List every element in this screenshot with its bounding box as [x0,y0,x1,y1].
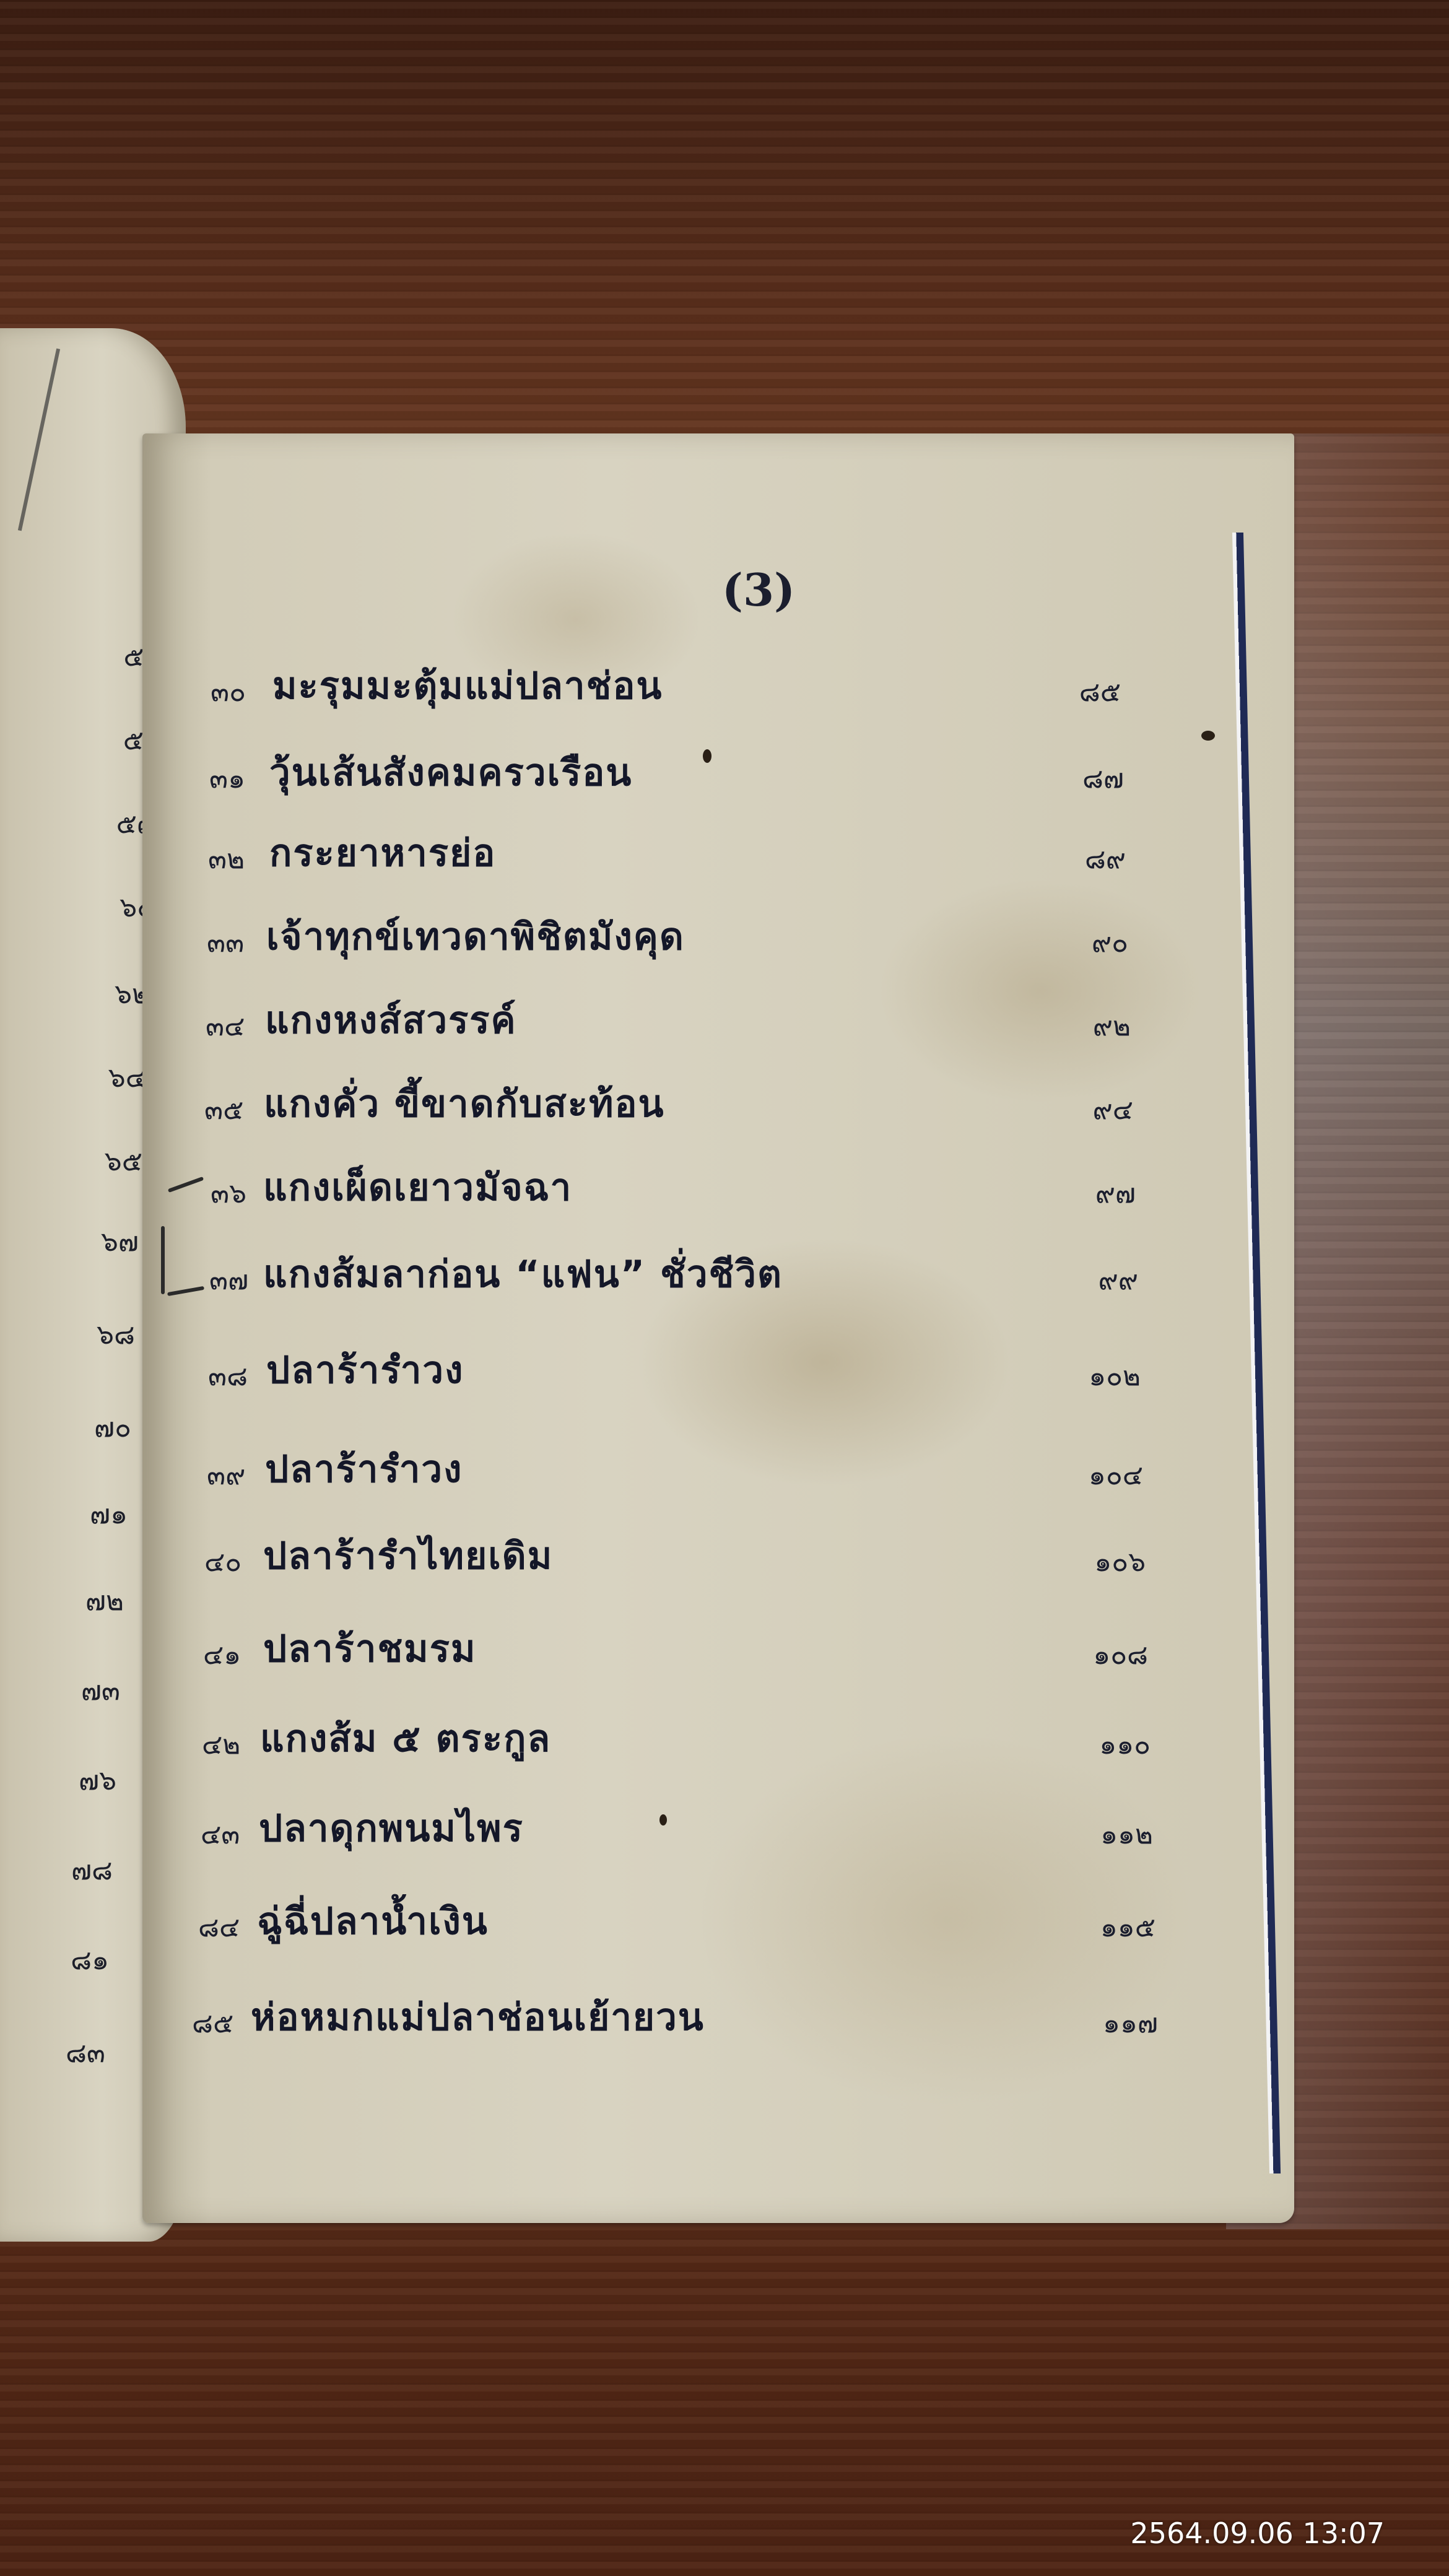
toc-entry-page: ๑๐๘ [1049,1633,1148,1676]
left-page-number: ๗๒ [85,1579,124,1622]
left-page-number: ๗๐ [94,1406,131,1449]
toc-entry-number: ๓๐ [211,670,246,713]
toc-entry-title: ห่อหมกแม่ปลาช่อนเย้ายวน [251,1988,705,2047]
pen-tick-mark [167,1286,204,1296]
toc-entry-page: ๑๐๒ [1042,1354,1141,1398]
toc-entry-title: ปลาร้ารำไทยเดิม [263,1526,553,1585]
toc-row: ๔๓ ปลาดุกพนมไพร ๑๑๒ [142,1799,1294,1855]
binding-hole [1201,731,1215,741]
pen-bracket-mark [161,1226,165,1294]
toc-row: ๓๒ กระยาหารย่อ ๘๙ [142,824,1294,879]
table-of-contents-page: (3) ๓๐ มะรุมมะตุ้มแม่ปลาช่อน ๘๕ ๓๑ วุ้นเ… [142,433,1294,2223]
toc-entry-title: ปลาร้ารำวง [265,1440,463,1499]
page-crack [18,349,60,531]
toc-entry-number: ๓๙ [207,1453,245,1497]
toc-entry-title: มะรุมมะตุ้มแม่ปลาช่อน [272,656,663,715]
left-page-number: ๖๘ [97,1313,135,1356]
toc-entry-number: ๔๑ [203,1633,241,1676]
toc-entry-page: ๘๕ [1022,670,1121,713]
toc-row: ๘๕ ห่อหมกแม่ปลาช่อนเย้ายวน ๑๑๗ [142,1988,1294,2043]
toc-entry-title: แกงหงส์สวรรค์ [265,991,517,1050]
toc-entry-number: ๓๓ [207,921,244,964]
toc-list: ๓๐ มะรุมมะตุ้มแม่ปลาช่อน ๘๕ ๓๑ วุ้นเส้นส… [142,433,1294,2223]
toc-entry-page: ๑๑๕ [1056,1905,1155,1949]
toc-entry-title: แกงเผ็ดเยาวมัจฉา [263,1158,572,1217]
toc-row: ๓๕ แกงคั่ว ขี้ขาดกับสะท้อน ๙๔ [142,1074,1294,1130]
toc-entry-number: ๓๕ [204,1088,243,1131]
toc-entry-title: แกงคั่ว ขี้ขาดกับสะท้อน [264,1074,665,1133]
left-page-number: ๗๖ [79,1759,116,1802]
toc-entry-number: ๘๕ [192,2001,233,2045]
paper-spot [659,1814,667,1825]
toc-row: ๔๑ ปลาร้าชมรม ๑๐๘ [142,1619,1294,1675]
left-page-number: ๗๓ [81,1669,120,1712]
toc-entry-number: ๘๔ [198,1905,240,1949]
toc-entry-page: ๑๐๔ [1044,1453,1143,1497]
paper-spot [703,749,711,763]
toc-entry-title: ฉู่ฉี่ปลาน้ำเงิน [257,1892,489,1951]
toc-row: ๓๔ แกงหงส์สวรรค์ ๙๒ [142,991,1294,1046]
toc-entry-title: วุ้นเส้นสังคมครวเรือน [269,743,632,802]
toc-row: ๔๒ แกงส้ม ๕ ตระกูล ๑๑๐ [142,1709,1294,1765]
left-page-number: ๖๗ [101,1220,139,1263]
toc-entry-title: ปลาร้าชมรม [263,1619,477,1678]
toc-entry-title: แกงส้ม ๕ ตระกูล [260,1709,551,1768]
toc-row: ๓๓ เจ้าทุกข์เทวดาพิชิตมังคุด ๙๐ [142,907,1294,963]
toc-entry-page: ๑๑๗ [1059,2001,1158,2045]
toc-entry-number: ๔๒ [202,1723,240,1766]
toc-entry-page: ๘๗ [1025,757,1124,800]
toc-entry-page: ๙๗ [1037,1172,1136,1215]
toc-entry-title: เจ้าทุกข์เทวดาพิชิตมังคุด [266,907,685,966]
toc-entry-page: ๑๑๐ [1051,1723,1151,1766]
toc-row: ๓๙ ปลาร้ารำวง ๑๐๔ [142,1440,1294,1495]
toc-entry-number: ๓๗ [209,1258,248,1302]
toc-entry-number: ๓๖ [211,1172,246,1215]
toc-entry-page: ๙๙ [1039,1258,1138,1302]
left-page-number: ๘๑ [71,1938,109,1982]
toc-entry-number: ๔๓ [201,1812,240,1856]
toc-row: ๔๐ ปลาร้ารำไทยเดิม ๑๐๖ [142,1526,1294,1582]
toc-entry-page: ๙๔ [1034,1088,1133,1131]
toc-entry-page: ๙๒ [1032,1004,1131,1048]
pen-tick-mark [168,1177,204,1193]
toc-row: ๘๔ ฉู่ฉี่ปลาน้ำเงิน ๑๑๕ [142,1892,1294,1947]
toc-row: ๓๐ มะรุมมะตุ้มแม่ปลาช่อน ๘๕ [142,656,1294,712]
left-page-number: ๘๓ [66,2031,105,2074]
toc-row: ๓๘ ปลาร้ารำวง ๑๐๒ [142,1341,1294,1396]
left-page-number: ๗๘ [71,1848,113,1892]
left-page-number: ๖๕ [105,1139,142,1183]
left-page-number: ๖๔ [108,1056,146,1099]
toc-entry-page: ๙๐ [1029,921,1128,964]
photo-timestamp: 2564.09.06 13:07 [1130,2517,1385,2550]
toc-entry-number: ๓๔ [206,1004,245,1048]
toc-row: ๓๗ แกงส้มลาก่อน “แฟน” ชั่วชีวิต ๙๙ [142,1245,1294,1300]
toc-row: ๓๖ แกงเผ็ดเยาวมัจฉา ๙๗ [142,1158,1294,1214]
toc-entry-page: ๑๑๒ [1054,1812,1153,1856]
toc-entry-number: ๓๘ [208,1354,248,1398]
toc-entry-title: ปลาดุกพนมไพร [259,1799,524,1858]
toc-entry-number: ๓๑ [209,757,245,800]
toc-entry-page: ๘๙ [1027,837,1126,881]
toc-entry-number: ๔๐ [204,1540,241,1583]
toc-entry-title: กระยาหารย่อ [269,824,496,882]
toc-entry-number: ๓๒ [208,837,245,881]
toc-entry-title: ปลาร้ารำวง [266,1341,464,1399]
toc-row: ๓๑ วุ้นเส้นสังคมครวเรือน ๘๗ [142,743,1294,799]
toc-entry-page: ๑๐๖ [1046,1540,1146,1583]
left-page-number: ๗๑ [90,1492,128,1536]
toc-entry-title: แกงส้มลาก่อน “แฟน” ชั่วชีวิต [263,1245,783,1303]
